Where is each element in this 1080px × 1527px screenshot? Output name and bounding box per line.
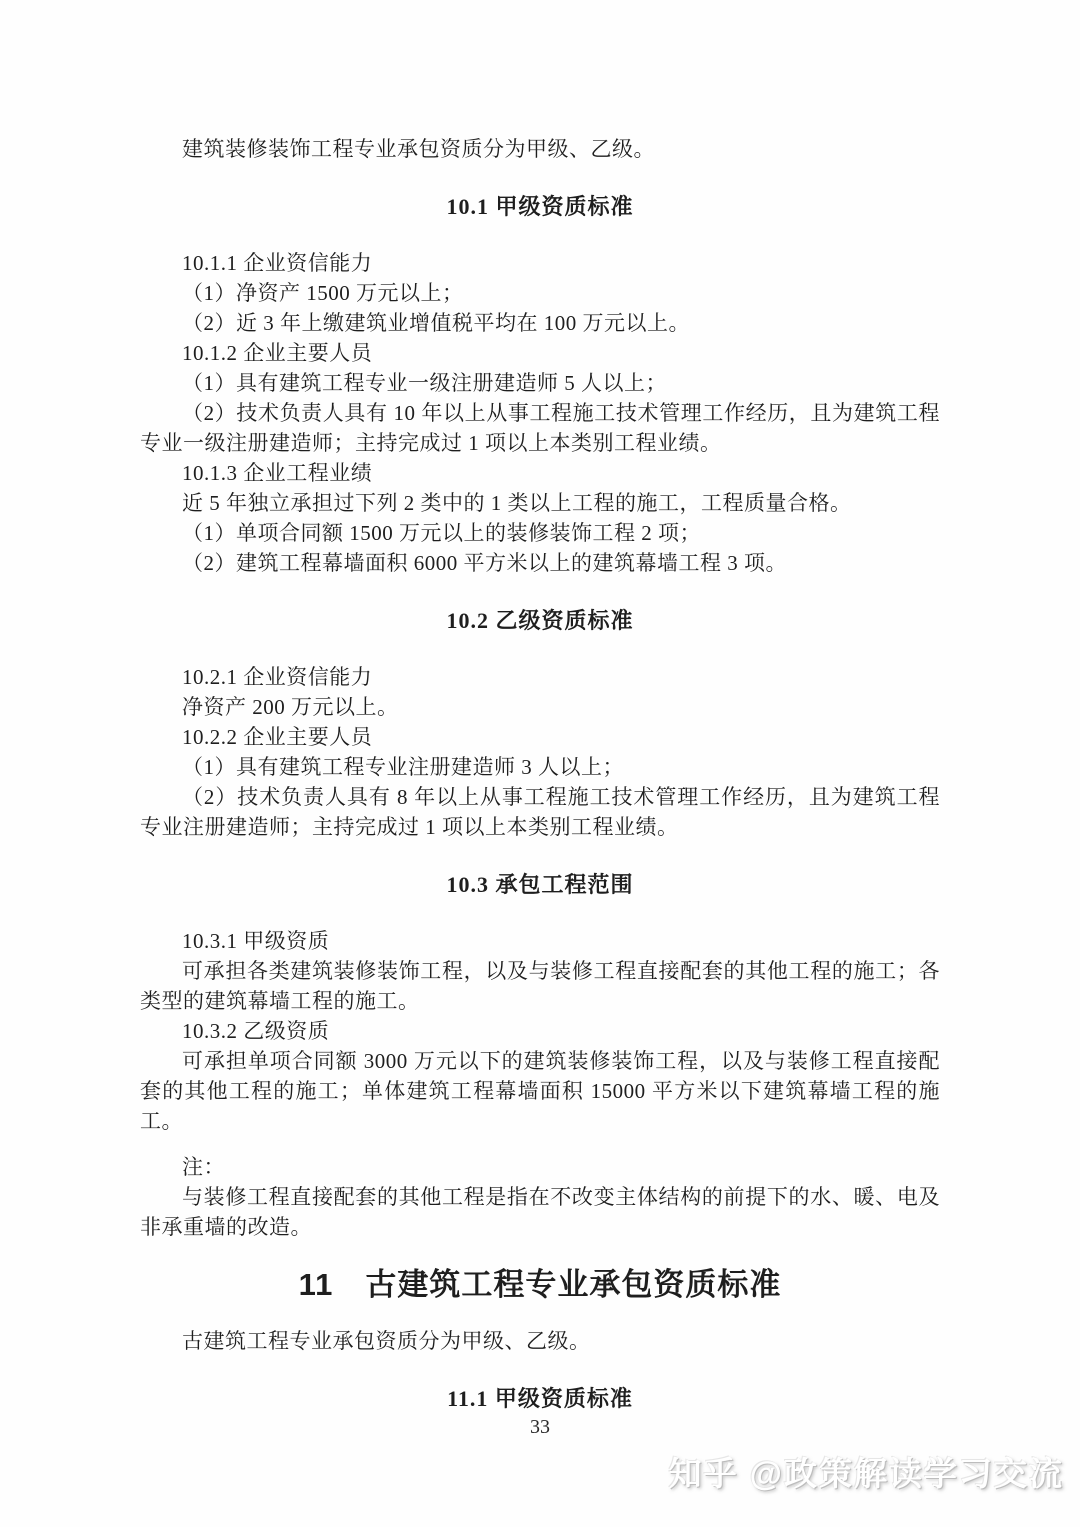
clause-10-2-1-title: 10.2.1 企业资信能力 bbox=[140, 662, 940, 692]
clause-10-2-2-title: 10.2.2 企业主要人员 bbox=[140, 722, 940, 752]
page-number: 33 bbox=[0, 1414, 1080, 1440]
clause-10-1-2-item-2: （2）技术负责人具有 10 年以上从事工程施工技术管理工作经历，且为建筑工程专业… bbox=[140, 398, 940, 458]
clause-10-3-1-title: 10.3.1 甲级资质 bbox=[140, 926, 940, 956]
intro-paragraph: 建筑装修装饰工程专业承包资质分为甲级、乙级。 bbox=[140, 134, 940, 164]
heading-11: 11 古建筑工程专业承包资质标准 bbox=[140, 1266, 940, 1304]
heading-10-3: 10.3 承包工程范围 bbox=[140, 870, 940, 900]
clause-10-1-1-item-1: （1）净资产 1500 万元以上； bbox=[140, 278, 940, 308]
note-body: 与装修工程直接配套的其他工程是指在不改变主体结构的前提下的水、暖、电及非承重墙的… bbox=[140, 1182, 940, 1242]
clause-10-2-2-item-2: （2）技术负责人具有 8 年以上从事工程施工技术管理工作经历，且为建筑工程专业注… bbox=[140, 782, 940, 842]
clause-10-1-1-title: 10.1.1 企业资信能力 bbox=[140, 248, 940, 278]
clause-10-2-1-body: 净资产 200 万元以上。 bbox=[140, 692, 940, 722]
heading-11-1: 11.1 甲级资质标准 bbox=[140, 1384, 940, 1414]
section-11-intro: 古建筑工程专业承包资质分为甲级、乙级。 bbox=[140, 1326, 940, 1356]
clause-10-1-1-item-2: （2）近 3 年上缴建筑业增值税平均在 100 万元以上。 bbox=[140, 308, 940, 338]
heading-10-2: 10.2 乙级资质标准 bbox=[140, 606, 940, 636]
heading-10-1: 10.1 甲级资质标准 bbox=[140, 192, 940, 222]
clause-10-3-2-body: 可承担单项合同额 3000 万元以下的建筑装修装饰工程，以及与装修工程直接配套的… bbox=[140, 1046, 940, 1136]
clause-10-2-2-item-1: （1）具有建筑工程专业注册建造师 3 人以上； bbox=[140, 752, 940, 782]
clause-10-1-3-intro: 近 5 年独立承担过下列 2 类中的 1 类以上工程的施工，工程质量合格。 bbox=[140, 488, 940, 518]
note-label: 注： bbox=[140, 1152, 940, 1182]
clause-10-1-2-item-1: （1）具有建筑工程专业一级注册建造师 5 人以上； bbox=[140, 368, 940, 398]
clause-10-1-3-item-2: （2）建筑工程幕墙面积 6000 平方米以上的建筑幕墙工程 3 项。 bbox=[140, 548, 940, 578]
clause-10-3-1-body: 可承担各类建筑装修装饰工程，以及与装修工程直接配套的其他工程的施工；各类型的建筑… bbox=[140, 956, 940, 1016]
watermark: 知乎 @政策解读学习交流 bbox=[669, 1452, 1064, 1496]
clause-10-3-2-title: 10.3.2 乙级资质 bbox=[140, 1016, 940, 1046]
document-page: 建筑装修装饰工程专业承包资质分为甲级、乙级。 10.1 甲级资质标准 10.1.… bbox=[0, 0, 1080, 1527]
clause-10-1-3-title: 10.1.3 企业工程业绩 bbox=[140, 458, 940, 488]
document-body: 建筑装修装饰工程专业承包资质分为甲级、乙级。 10.1 甲级资质标准 10.1.… bbox=[140, 134, 940, 1440]
clause-10-1-3-item-1: （1）单项合同额 1500 万元以上的装修装饰工程 2 项； bbox=[140, 518, 940, 548]
clause-10-1-2-title: 10.1.2 企业主要人员 bbox=[140, 338, 940, 368]
